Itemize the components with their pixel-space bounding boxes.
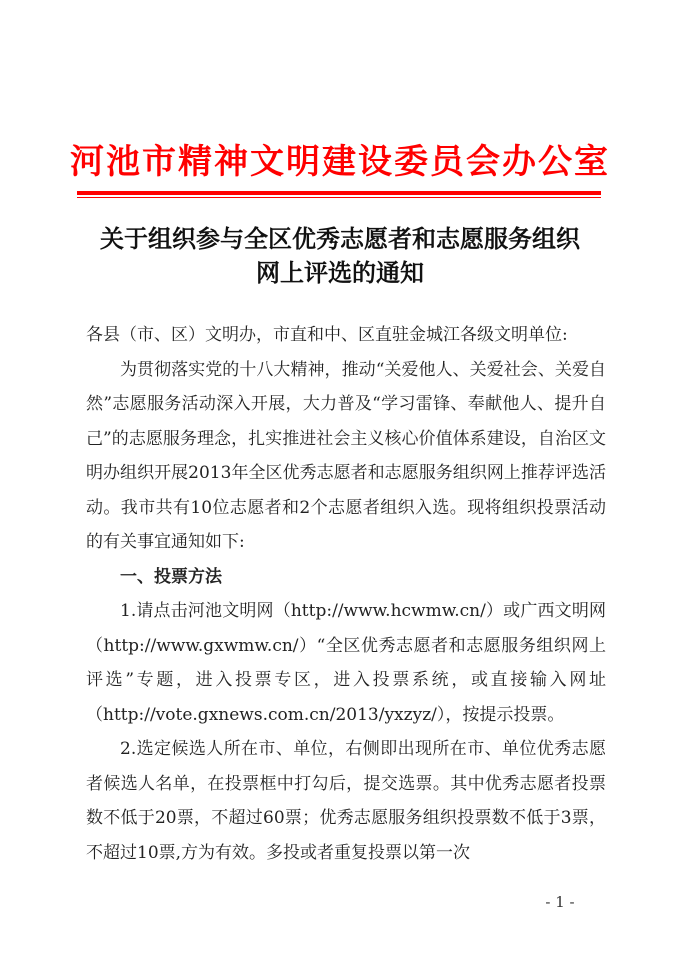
intro-paragraph: 为贯彻落实党的十八大精神，推动“关爱他人、关爱社会、关爱自然”志愿服务活动深入开… xyxy=(86,353,606,560)
salutation: 各县（市、区）文明办，市直和中、区直驻金城江各级文明单位: xyxy=(86,318,606,353)
document-title-line-2: 网上评选的通知 xyxy=(60,256,620,290)
red-header-rule-thin xyxy=(77,197,601,198)
item-2-paragraph: 2.选定候选人所在市、单位，右侧即出现所在市、单位优秀志愿者候选人名单，在投票框… xyxy=(86,732,606,870)
document-body: 各县（市、区）文明办，市直和中、区直驻金城江各级文明单位: 为贯彻落实党的十八大… xyxy=(86,318,606,870)
item-1-paragraph: 1.请点击河池文明网（http://www.hcwmw.cn/）或广西文明网（h… xyxy=(86,594,606,732)
document-title-line-1: 关于组织参与全区优秀志愿者和志愿服务组织 xyxy=(60,222,620,256)
document-title: 关于组织参与全区优秀志愿者和志愿服务组织 网上评选的通知 xyxy=(60,222,620,290)
red-header-rule-thick xyxy=(77,191,601,195)
section-heading-voting-method: 一、投票方法 xyxy=(86,560,606,595)
page-number: - 1 - xyxy=(540,893,580,911)
issuing-office-title: 河池市精神文明建设委员会办公室 xyxy=(60,142,620,182)
